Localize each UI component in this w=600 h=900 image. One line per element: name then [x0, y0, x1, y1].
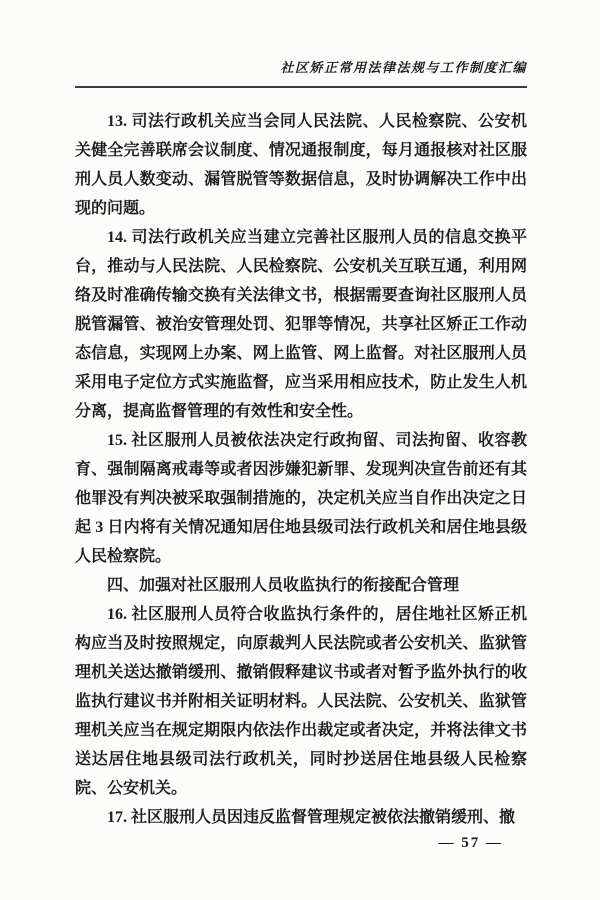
paragraph: 16. 社区服刑人员符合收监执行条件的，居住地社区矫正机构应当及时按照规定，向原…	[75, 600, 527, 803]
document-page: 社区矫正常用法律法规与工作制度汇编 13. 司法行政机关应当会同人民法院、人民检…	[0, 0, 600, 900]
paragraph: 17. 社区服刑人员因违反监督管理规定被依法撤销缓刑、撤	[75, 803, 527, 832]
header-rule	[75, 86, 527, 88]
paragraph: 13. 司法行政机关应当会同人民法院、人民检察院、公安机关健全完善联席会议制度、…	[75, 107, 527, 223]
page-number: — 57 —	[439, 835, 504, 851]
running-head: 社区矫正常用法律法规与工作制度汇编	[75, 58, 527, 78]
document-body: 13. 司法行政机关应当会同人民法院、人民检察院、公安机关健全完善联席会议制度、…	[75, 107, 527, 832]
paragraph: 15. 社区服刑人员被依法决定行政拘留、司法拘留、收容教育、强制隔离戒毒等或者因…	[75, 426, 527, 571]
paragraph: 14. 司法行政机关应当建立完善社区服刑人员的信息交换平台，推动与人民法院、人民…	[75, 223, 527, 426]
page-footer: — 57 —	[325, 834, 525, 852]
page-header: 社区矫正常用法律法规与工作制度汇编	[75, 58, 527, 88]
section-heading: 四、加强对社区服刑人员收监执行的衔接配合管理	[75, 571, 527, 600]
